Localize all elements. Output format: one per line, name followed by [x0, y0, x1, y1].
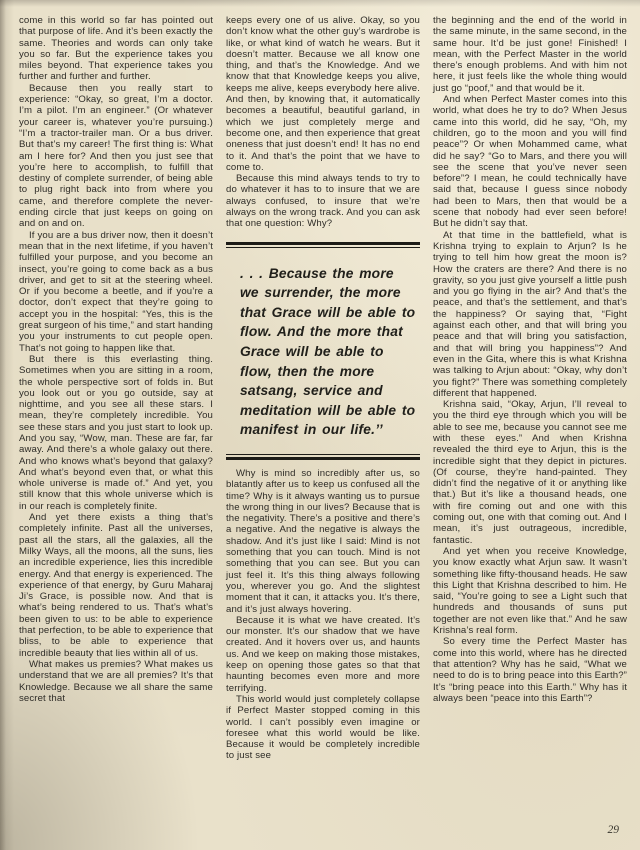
- body-paragraph: keeps every one of us alive. Okay, so yo…: [226, 15, 420, 173]
- magazine-page: come in this world so far has pointed ou…: [0, 0, 640, 850]
- body-paragraph: If you are a bus driver now, then it doe…: [19, 230, 213, 354]
- body-paragraph: And yet there exists a thing that’s comp…: [19, 512, 213, 659]
- page-number: 29: [608, 824, 620, 836]
- body-paragraph: Because then you really start to experie…: [19, 83, 213, 230]
- pull-quote: . . . Because the more we surrender, the…: [226, 264, 420, 440]
- body-paragraph: come in this world so far has pointed ou…: [19, 15, 213, 83]
- body-paragraph: Krishna said, “Okay, Arjun, I’ll reveal …: [433, 399, 627, 546]
- body-paragraph: At that time in the battlefield, what is…: [433, 230, 627, 399]
- double-rule-top: [226, 242, 420, 248]
- body-paragraph: the beginning and the end of the world i…: [433, 15, 627, 94]
- body-paragraph: Because this mind always tends to try to…: [226, 173, 420, 229]
- pull-quote-block: . . . Because the more we surrender, the…: [226, 242, 420, 460]
- body-paragraph: But there is this everlasting thing. Som…: [19, 354, 213, 512]
- body-paragraph: This world would just completely collaps…: [226, 694, 420, 762]
- text-column-right: the beginning and the end of the world i…: [433, 15, 627, 850]
- text-column-middle: keeps every one of us alive. Okay, so yo…: [226, 15, 420, 850]
- body-paragraph: So every time the Perfect Master has com…: [433, 636, 627, 704]
- body-paragraph: Why is mind so incredibly after us, so b…: [226, 468, 420, 615]
- double-rule-bottom: [226, 454, 420, 460]
- text-column-left: come in this world so far has pointed ou…: [19, 15, 213, 850]
- body-paragraph: What makes us premies? What makes us und…: [19, 659, 213, 704]
- body-paragraph: And when Perfect Master comes into this …: [433, 94, 627, 230]
- body-paragraph: Because it is what we have created. It’s…: [226, 615, 420, 694]
- body-paragraph: And yet when you receive Knowledge, you …: [433, 546, 627, 636]
